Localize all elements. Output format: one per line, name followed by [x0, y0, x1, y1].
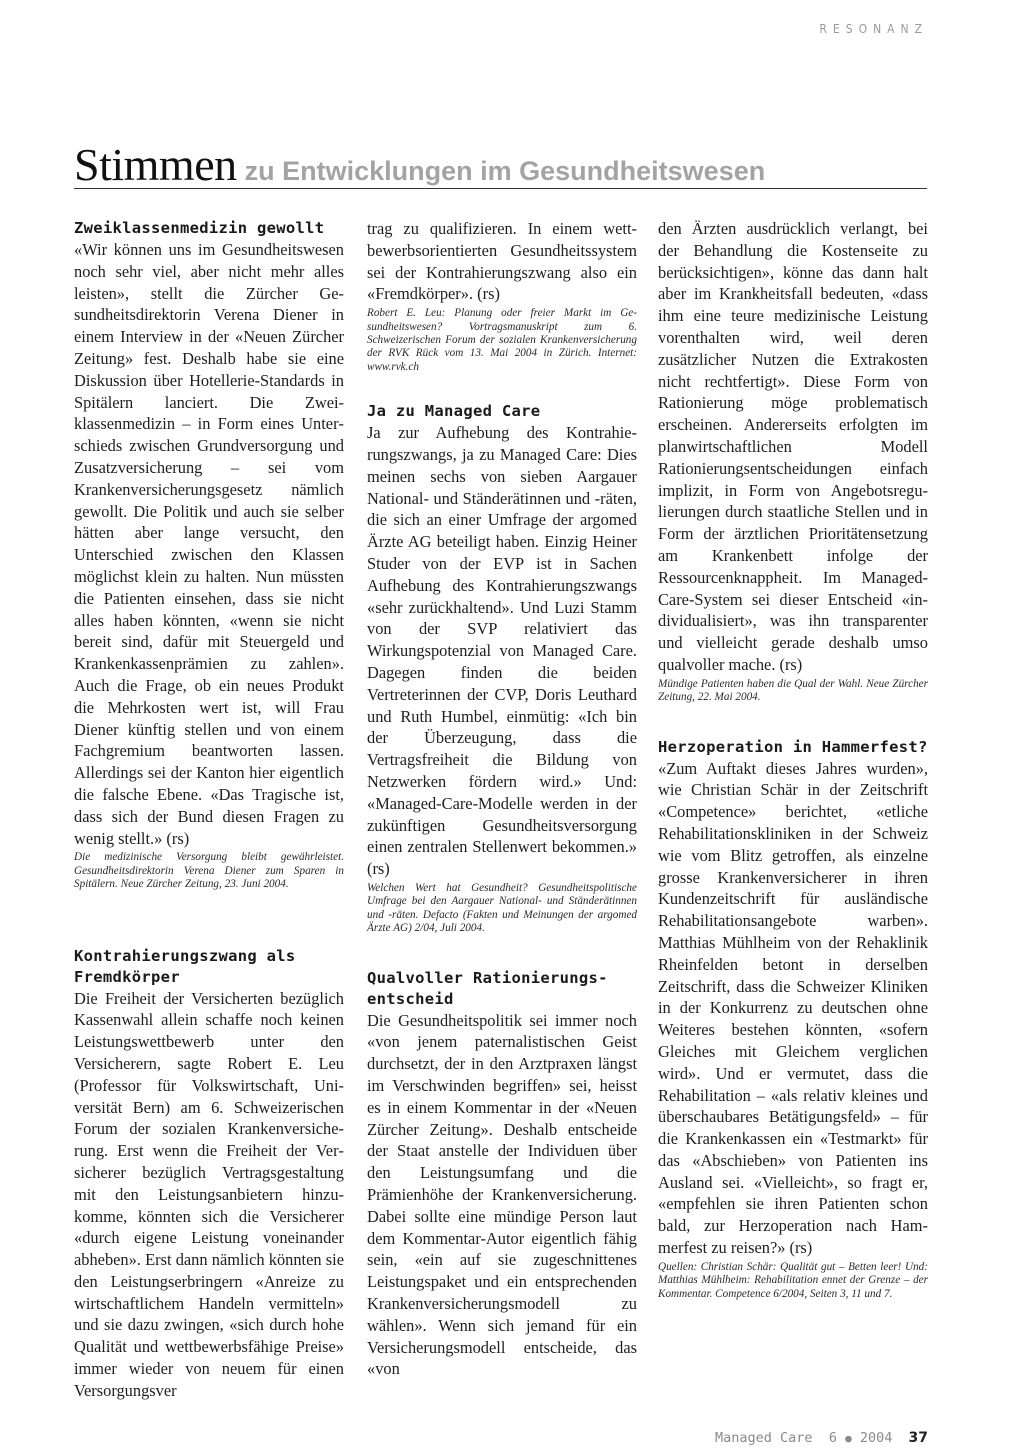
article-rationierungsentscheid-continued: den Ärzten ausdrücklich verlangt, bei de…	[658, 218, 928, 705]
footer-issue: 6	[829, 1430, 837, 1446]
article-managed-care: Ja zu Managed Care Ja zur Aufhebung des …	[367, 401, 637, 935]
title-subtitle: zu Entwicklungen im Gesundheitswesen	[245, 156, 766, 186]
article-kontrahierungszwang-continued: trag zu qualifizieren. In einem wett­bew…	[367, 218, 637, 374]
article-source: Welchen Wert hat Gesundheit? Gesundheits…	[367, 882, 637, 936]
footer-publication: Managed Care	[715, 1430, 813, 1446]
title-main: Stimmen	[74, 139, 237, 190]
article-body: Die Gesundheitspolitik sei immer noch «v…	[367, 1010, 637, 1381]
article-source: Die medizinische Versorgung bleibt gewäh…	[74, 851, 344, 891]
article-heading: Zweiklassenmedizin gewollt	[74, 218, 344, 239]
article-rationierungsentscheid: Qualvoller Rationierungs­entscheid Die G…	[367, 968, 637, 1381]
column-1: Zweiklassenmedizin gewollt «Wir können u…	[74, 218, 344, 1402]
article-heading: Kontrahierungszwang als Fremdkörper	[74, 946, 344, 988]
article-body-continued: den Ärzten ausdrücklich verlangt, bei de…	[658, 218, 928, 676]
article-body: «Zum Auftakt dieses Jahres wur­den», wie…	[658, 758, 928, 1259]
article-body-continued: trag zu qualifizieren. In einem wett­bew…	[367, 218, 637, 305]
article-zweiklassenmedizin: Zweiklassenmedizin gewollt «Wir können u…	[74, 218, 344, 892]
page-number: 37	[909, 1430, 928, 1446]
column-3: den Ärzten ausdrücklich verlangt, bei de…	[658, 218, 928, 1301]
running-head-section: RESONANZ	[819, 22, 928, 36]
column-2: trag zu qualifizieren. In einem wett­bew…	[367, 218, 637, 1380]
article-source: Mündige Patienten haben die Qual der Wah…	[658, 678, 928, 705]
article-kontrahierungszwang: Kontrahierungszwang als Fremdkörper Die …	[74, 946, 344, 1402]
article-herzoperation: Herzoperation in Hammerfest? «Zum Auftak…	[658, 737, 928, 1302]
article-body: Ja zur Aufhebung des Kontrahie­rungszwan…	[367, 422, 637, 880]
footer-year: 2004	[860, 1430, 893, 1446]
article-body: «Wir können uns im Gesundheitswe­sen noc…	[74, 239, 344, 849]
bullet-icon: ●	[845, 1432, 852, 1445]
article-body: Die Freiheit der Versicherten bezüg­lich…	[74, 988, 344, 1402]
article-source: Quellen: Christian Schär: Qualität gut –…	[658, 1261, 928, 1301]
page-title: Stimmenzu Entwicklungen im Gesundheitswe…	[74, 138, 927, 189]
article-heading: Herzoperation in Hammerfest?	[658, 737, 928, 758]
page-footer: Managed Care 6 ● 2004 37	[715, 1430, 928, 1446]
article-heading: Ja zu Managed Care	[367, 401, 637, 422]
article-heading: Qualvoller Rationierungs­entscheid	[367, 968, 637, 1010]
article-source: Robert E. Leu: Planung oder freier Markt…	[367, 307, 637, 374]
